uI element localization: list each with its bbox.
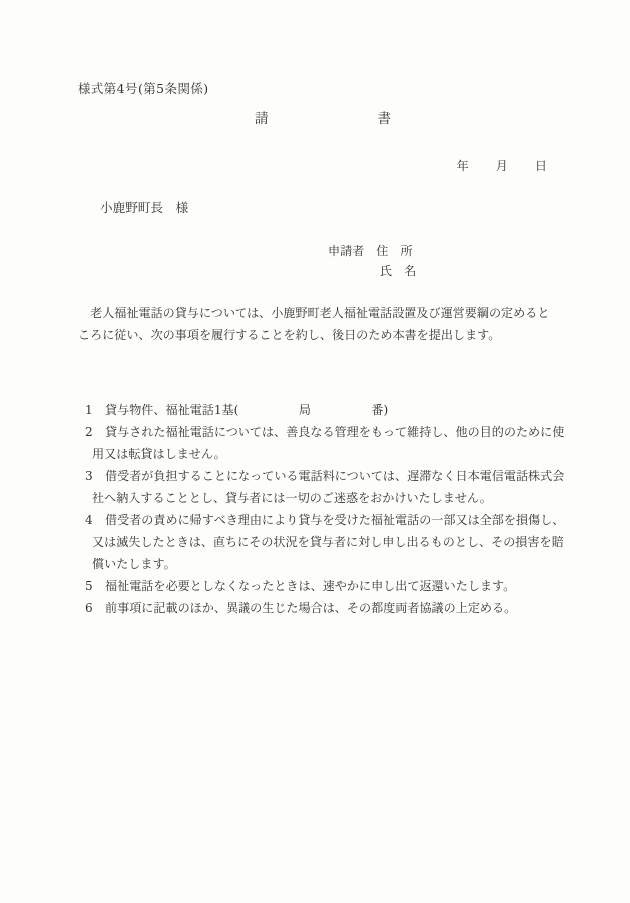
title-left-char: 請 xyxy=(255,111,269,127)
document-page: 様式第4号(第5条関係) 請書 年 月 日 小鹿野町長 様 申請者住 所 氏 名… xyxy=(0,0,630,903)
item-number: 6 xyxy=(85,597,105,619)
list-item: 2貸与された福祉電話については、善良なる管理をもって維持し、他の目的のために使 … xyxy=(85,421,552,465)
date-day-label: 日 xyxy=(535,155,547,177)
item-text: 福祉電話を必要としなくなったときは、速やかに申し出て返還いたします。 xyxy=(105,579,515,593)
body-paragraph: 老人福祉電話の貸与については、小鹿野町老人福祉電話設置及び運営要綱の定めると こ… xyxy=(78,302,552,346)
item-line: 6前事項に記載のほか、異議の生じた場合は、その都度両者協議の上定める。 xyxy=(85,597,552,619)
item-line: 社へ納入することとし、貸与者には一切のご迷惑をおかけいたしません。 xyxy=(85,487,552,509)
applicant-address-label: 住 所 xyxy=(376,244,412,258)
form-number: 様式第4号(第5条関係) xyxy=(78,78,552,100)
item-line: 1貸与物件、福祉電話1基( 局 番) xyxy=(85,399,552,421)
item-text: 貸与物件、福祉電話1基( 局 番) xyxy=(105,403,388,417)
document-title: 請書 xyxy=(78,108,552,130)
applicant-label: 申請者 xyxy=(328,244,364,258)
item-number: 4 xyxy=(85,509,105,531)
item-number: 1 xyxy=(85,399,105,421)
applicant-name-label: 氏 名 xyxy=(380,264,416,278)
item-line: 3借受者が負担することになっている電話料については、遅滞なく日本電信電話株式会 xyxy=(85,465,552,487)
applicant-block: 申請者住 所 氏 名 xyxy=(328,241,552,281)
list-item: 4借受者の責めに帰すべき理由により貸与を受けた福祉電話の一部又は全部を損傷し、 … xyxy=(85,509,552,575)
applicant-name-row: 氏 名 xyxy=(328,261,552,281)
date-line: 年 月 日 xyxy=(78,155,552,177)
applicant-address-row: 申請者住 所 xyxy=(328,241,552,261)
item-text: 借受者が負担することになっている電話料については、遅滞なく日本電信電話株式会 xyxy=(105,469,564,483)
item-text: 借受者の責めに帰すべき理由により貸与を受けた福祉電話の一部又は全部を損傷し、 xyxy=(105,513,564,527)
item-text: 前事項に記載のほか、異議の生じた場合は、その都度両者協議の上定める。 xyxy=(105,601,516,615)
body-line: 老人福祉電話の貸与については、小鹿野町老人福祉電話設置及び運営要綱の定めると xyxy=(78,302,552,324)
title-gap xyxy=(269,122,378,123)
title-right-char: 書 xyxy=(378,111,392,127)
addressee: 小鹿野町長 様 xyxy=(100,197,552,219)
item-line: 又は滅失したときは、直ちにその状況を貸与者に対し申し出るものとし、その損害を賠 xyxy=(85,531,552,553)
date-year-label: 年 xyxy=(457,155,469,177)
item-number: 3 xyxy=(85,465,105,487)
item-line: 用又は転貸はしません。 xyxy=(85,443,552,465)
list-item: 6前事項に記載のほか、異議の生じた場合は、その都度両者協議の上定める。 xyxy=(85,597,552,619)
body-line: ころに従い、次の事項を履行することを約し、後日のため本書を提出します。 xyxy=(78,324,552,346)
item-line: 5福祉電話を必要としなくなったときは、速やかに申し出て返還いたします。 xyxy=(85,575,552,597)
item-line: 2貸与された福祉電話については、善良なる管理をもって維持し、他の目的のために使 xyxy=(85,421,552,443)
date-month-label: 月 xyxy=(496,155,508,177)
terms-list: 1貸与物件、福祉電話1基( 局 番) 2貸与された福祉電話については、善良なる管… xyxy=(85,399,552,619)
item-number: 2 xyxy=(85,421,105,443)
list-item: 3借受者が負担することになっている電話料については、遅滞なく日本電信電話株式会 … xyxy=(85,465,552,509)
list-item: 5福祉電話を必要としなくなったときは、速やかに申し出て返還いたします。 xyxy=(85,575,552,597)
item-text: 貸与された福祉電話については、善良なる管理をもって維持し、他の目的のために使 xyxy=(105,425,564,439)
item-line: 4借受者の責めに帰すべき理由により貸与を受けた福祉電話の一部又は全部を損傷し、 xyxy=(85,509,552,531)
item-line: 償いたします。 xyxy=(85,553,552,575)
list-item: 1貸与物件、福祉電話1基( 局 番) xyxy=(85,399,552,421)
item-number: 5 xyxy=(85,575,105,597)
